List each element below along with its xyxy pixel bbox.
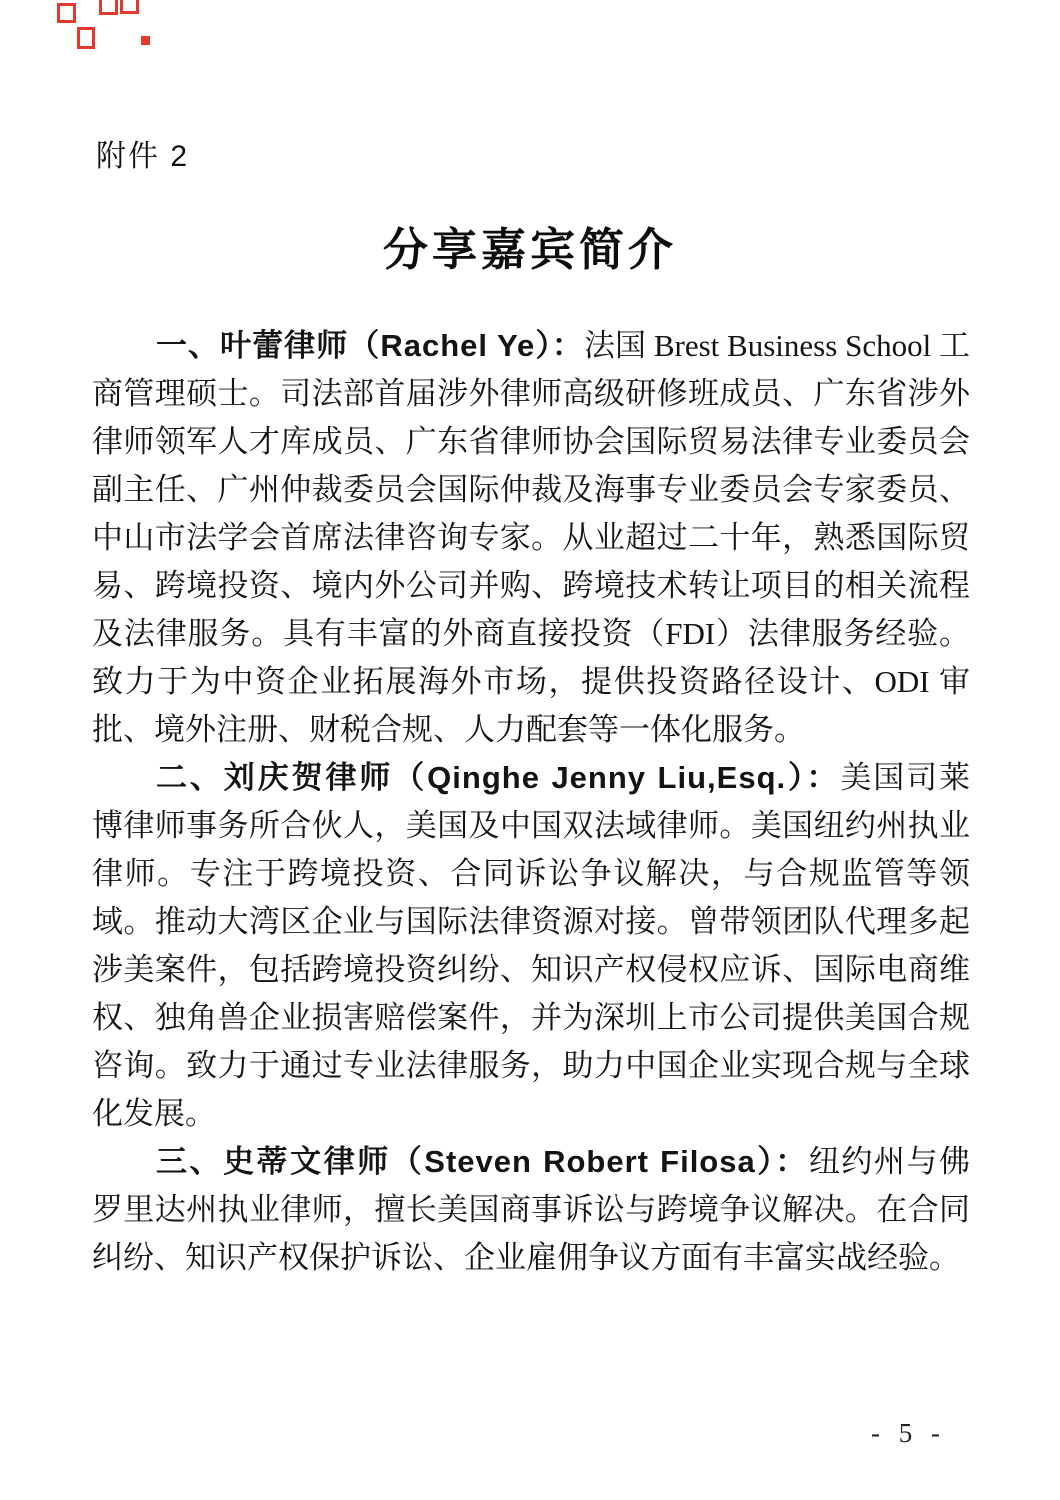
guest-name-lead-2: 二、刘庆贺律师（Qinghe Jenny Liu,Esq.）： bbox=[156, 760, 840, 795]
guest-name-lead-1: 一、叶蕾律师（Rachel Ye）： bbox=[156, 328, 584, 363]
stamp-fragment bbox=[57, 3, 76, 23]
page-title: 分享嘉宾简介 bbox=[0, 224, 1060, 276]
guest-name-lead-3: 三、史蒂文律师（Steven Robert Filosa）： bbox=[156, 1144, 809, 1179]
guest-bio-paragraph-3: 三、史蒂文律师（Steven Robert Filosa）：纽约州与佛罗里达州执… bbox=[92, 1138, 970, 1282]
document-body: 一、叶蕾律师（Rachel Ye）：法国 Brest Business Scho… bbox=[92, 322, 970, 1282]
stamp-fragments bbox=[0, 0, 200, 60]
guest-bio-text-2: 美国司莱博律师事务所合伙人，美国及中国双法域律师。美国纽约州执业律师。专注于跨境… bbox=[92, 760, 970, 1131]
stamp-fragment bbox=[141, 36, 150, 45]
guest-bio-paragraph-1: 一、叶蕾律师（Rachel Ye）：法国 Brest Business Scho… bbox=[92, 322, 970, 754]
guest-bio-paragraph-2: 二、刘庆贺律师（Qinghe Jenny Liu,Esq.）：美国司莱博律师事务… bbox=[92, 754, 970, 1138]
stamp-fragment bbox=[99, 0, 118, 15]
stamp-fragment bbox=[120, 0, 139, 14]
guest-bio-text-1: 法国 Brest Business School 工商管理硕士。司法部首届涉外律… bbox=[92, 328, 970, 747]
stamp-fragment bbox=[77, 27, 95, 49]
document-page: 附件 2 分享嘉宾简介 一、叶蕾律师（Rachel Ye）：法国 Brest B… bbox=[0, 0, 1060, 1500]
attachment-label: 附件 2 bbox=[96, 140, 189, 174]
page-number: - 5 - bbox=[871, 1418, 946, 1449]
